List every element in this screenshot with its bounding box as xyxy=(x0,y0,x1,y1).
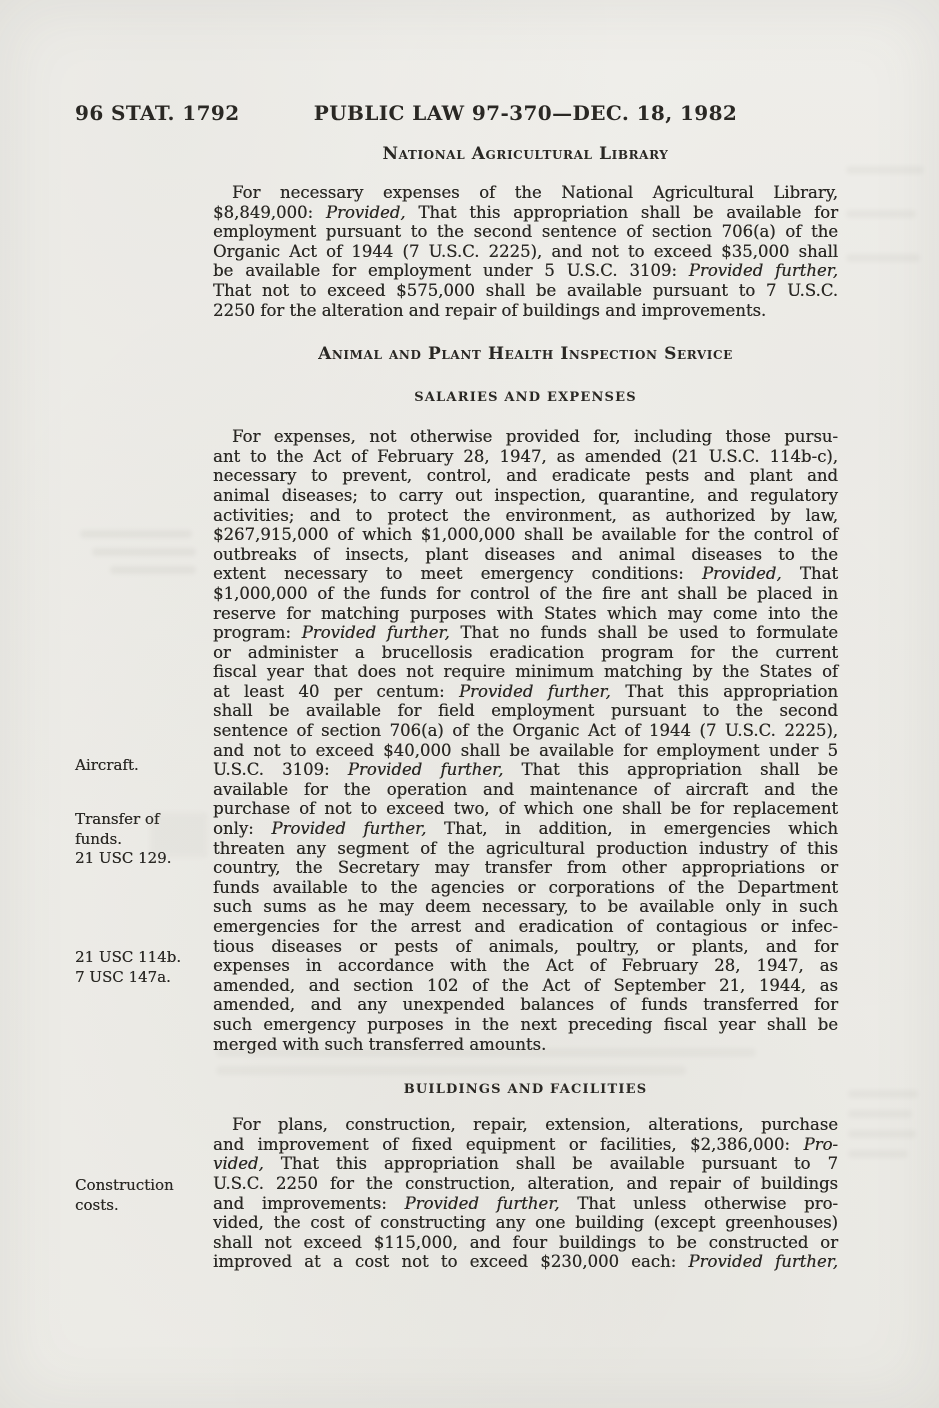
heading-animal-plant-health-inspection-service: Animal and Plant Health Inspection Servi… xyxy=(213,344,838,364)
paragraph-nal-appropriation: For necessary expenses of the National A… xyxy=(213,183,838,320)
bleedthrough-smudge xyxy=(846,166,924,174)
margin-note-aircraft: Aircraft. xyxy=(75,756,207,776)
paragraph-buildings-and-facilities: For plans, construction, repair, extensi… xyxy=(213,1115,838,1272)
bleedthrough-smudge xyxy=(80,530,192,538)
paragraph-salaries-and-expenses: For expenses, not otherwise provided for… xyxy=(213,427,838,1054)
scanned-statute-page: 96 STAT. 1792 PUBLIC LAW 97-370—DEC. 18,… xyxy=(0,0,939,1408)
bleedthrough-smudge xyxy=(92,548,196,556)
bleedthrough-smudge xyxy=(216,1048,756,1057)
bleedthrough-smudge xyxy=(846,254,920,262)
bleedthrough-smudge xyxy=(846,210,916,218)
subheading-salaries-and-expenses: SALARIES AND EXPENSES xyxy=(213,390,838,405)
bleedthrough-smudge xyxy=(150,812,208,858)
bleedthrough-smudge xyxy=(110,566,196,574)
heading-national-agricultural-library: National Agricultural Library xyxy=(213,144,838,164)
bleedthrough-smudge xyxy=(848,1110,912,1118)
text-column: National Agricultural Library For necess… xyxy=(213,0,838,1272)
margin-note-usc-citations: 21 USC 114b.7 USC 147a. xyxy=(75,948,207,987)
subheading-buildings-and-facilities: BUILDINGS AND FACILITIES xyxy=(213,1082,838,1097)
margin-note-construction-costs: Constructioncosts. xyxy=(75,1176,207,1215)
bleedthrough-smudge xyxy=(216,1066,686,1075)
bleedthrough-smudge xyxy=(848,1150,908,1158)
bleedthrough-smudge xyxy=(848,1090,918,1098)
bleedthrough-smudge xyxy=(848,1130,916,1138)
